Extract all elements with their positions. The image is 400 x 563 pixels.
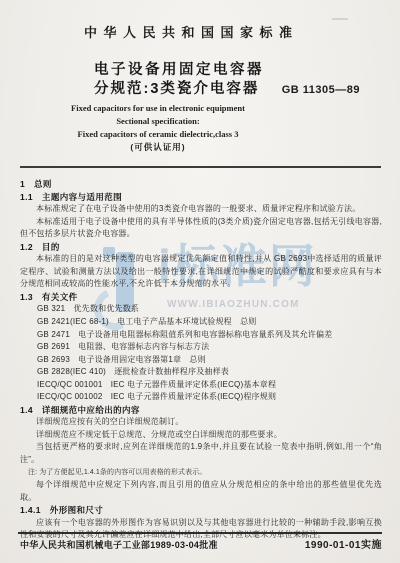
paragraph: 当包括更严格的要求时,应列在详细规范的1.9条中,并且要在试验一览表中指明,例如… bbox=[20, 441, 382, 466]
reference-item: IECQ/QC 001001 IEC 电子元器件质量评定体系(IECQ)基本章程 bbox=[37, 379, 382, 392]
subsection-heading: 1.1 主题内容与适用范围 bbox=[20, 191, 382, 204]
footer: 中华人民共和国机械电子工业部1989-03-04批准 1990-01-01实施 bbox=[20, 536, 382, 551]
paragraph: 详细规范应按有关的空白详细规范制订。 bbox=[20, 416, 382, 429]
subsection-heading: 1.4 详细规范中应给出的内容 bbox=[20, 404, 382, 417]
paragraph: 本标准的目的是对这种类型的电容器规定优先额定值和特性,并从 GB 2693中选择… bbox=[20, 253, 382, 291]
paragraph: 本标准规定了在电子设备中使用的3类瓷介电容器的一般要求、质量评定程序和试验方法。 bbox=[20, 203, 382, 216]
note: 注: 为了方便起见,1.4.1条的内容可以用表格的形式表示。 bbox=[28, 467, 382, 480]
certification-note: (可供认证用) bbox=[0, 141, 316, 154]
paragraph: 每个详细规范中应规定下列内容,而且引用的值应从分规范相应的条中给出的那些值里优先… bbox=[20, 479, 382, 504]
reference-item: GB 321 优先数和优先数系 bbox=[37, 303, 382, 316]
document-title-en: Fixed capacitors for use in electronic e… bbox=[0, 102, 316, 154]
reference-item: GB 2471 电子设备用电阻器标称阻值系列和电容器标称电容量系列及其允许偏差 bbox=[37, 329, 382, 342]
subsection-heading: 1.4.1 外形图和尺寸 bbox=[20, 504, 382, 517]
title-en-line1: Fixed capacitors for use in electronic e… bbox=[0, 102, 316, 115]
reference-item: GB 2421(IEC 68-1) 电工电子产品基本环境试验规程 总则 bbox=[37, 316, 382, 329]
scan-artifact bbox=[332, 18, 348, 20]
content-blocks: 1 总则1.1 主题内容与适用范围本标准规定了在电子设备中使用的3类瓷介电容器的… bbox=[20, 178, 382, 542]
paragraph: 详细规范应不规定低于总规范、分规范或空白详细规范的那些要求。 bbox=[20, 429, 382, 442]
subsection-heading: 1.2 目的 bbox=[20, 241, 382, 254]
reference-item: GB 2691 电阻器、电容器标志内容与标志方法 bbox=[37, 341, 382, 354]
national-standard-label: 中华人民共和国国家标准 bbox=[84, 22, 299, 41]
section-heading: 1 总则 bbox=[20, 178, 382, 191]
document-page: i标准网 WWW.IBIAOZHUN.COM 中华人民共和国国家标准 电子设备用… bbox=[0, 0, 400, 563]
approval-statement: 中华人民共和国机械电子工业部1989-03-04批准 bbox=[20, 538, 218, 551]
title-en-line2: Sectional specification: bbox=[0, 115, 316, 128]
implementation-date: 1990-01-01实施 bbox=[305, 536, 382, 551]
standard-number: GB 11305—89 bbox=[282, 84, 360, 96]
subsection-heading: 1.3 有关文件 bbox=[20, 291, 382, 304]
reference-item: GB 2828(IEC 410) 逐批检查计数抽样程序及抽样表 bbox=[37, 366, 382, 379]
document-title-cn-line2: 分规范:3类瓷介电容器 bbox=[94, 77, 259, 98]
top-divider bbox=[20, 166, 381, 168]
reference-item: GB 2693 电子设备用固定电容器第1章 总则 bbox=[37, 354, 382, 367]
reference-item: IECQ/QC 001002 IEC 电子元器件质量评定体系(IECQ)程序规则 bbox=[37, 391, 382, 404]
document-title-cn-line1: 电子设备用固定电容器 bbox=[94, 58, 264, 79]
title-en-line3: Fixed capacitors of ceramic dielectric,c… bbox=[0, 128, 316, 141]
paragraph: 本标准适用于电子设备中使用的具有半导体性质的(3类介质)瓷介固定电容器,包括无引… bbox=[20, 216, 382, 241]
